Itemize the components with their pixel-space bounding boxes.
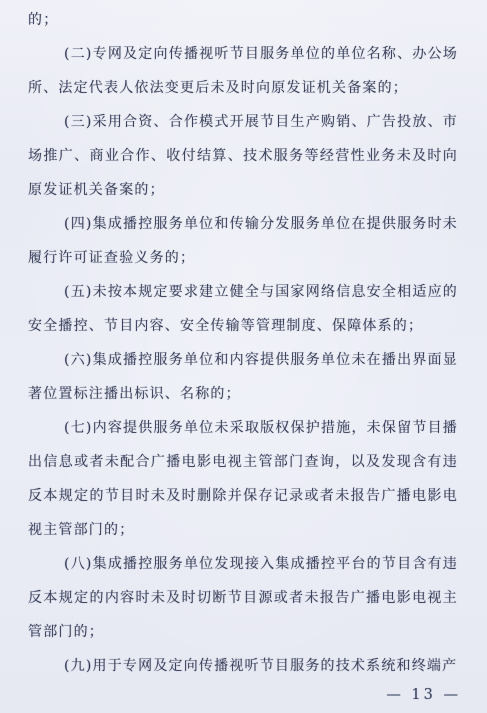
document-page: 的； (二)专网及定向传播视听节目服务单位的单位名称、办公场所、法定代表人依法变… xyxy=(0,0,487,713)
paragraph-item-7: (七)内容提供服务单位未采取版权保护措施，未保留节目播出信息或者未配合广播电影电… xyxy=(28,411,458,547)
paragraph-continuation: 的； xyxy=(28,3,458,37)
paragraph-item-3: (三)采用合资、合作模式开展节目生产购销、广告投放、市场推广、商业合作、收付结算… xyxy=(28,105,458,207)
paragraph-item-6: (六)集成播控服务单位和内容提供服务单位未在播出界面显著位置标注播出标识、名称的… xyxy=(28,343,458,411)
paragraph-item-5: (五)未按本规定要求建立健全与国家网络信息安全相适应的安全播控、节目内容、安全传… xyxy=(28,275,458,343)
paragraph-item-8: (八)集成播控服务单位发现接入集成播控平台的节目含有违反本规定的内容时未及时切断… xyxy=(28,547,458,649)
paragraph-item-2: (二)专网及定向传播视听节目服务单位的单位名称、办公场所、法定代表人依法变更后未… xyxy=(28,37,458,105)
paragraph-item-4: (四)集成播控服务单位和传输分发服务单位在提供服务时未履行许可证查验义务的； xyxy=(28,207,458,275)
paragraph-item-9: (九)用于专网及定向传播视听节目服务的技术系统和终端产 xyxy=(28,649,458,683)
document-body: 的； (二)专网及定向传播视听节目服务单位的单位名称、办公场所、法定代表人依法变… xyxy=(28,3,458,683)
page-number: — 13 — xyxy=(386,687,461,703)
